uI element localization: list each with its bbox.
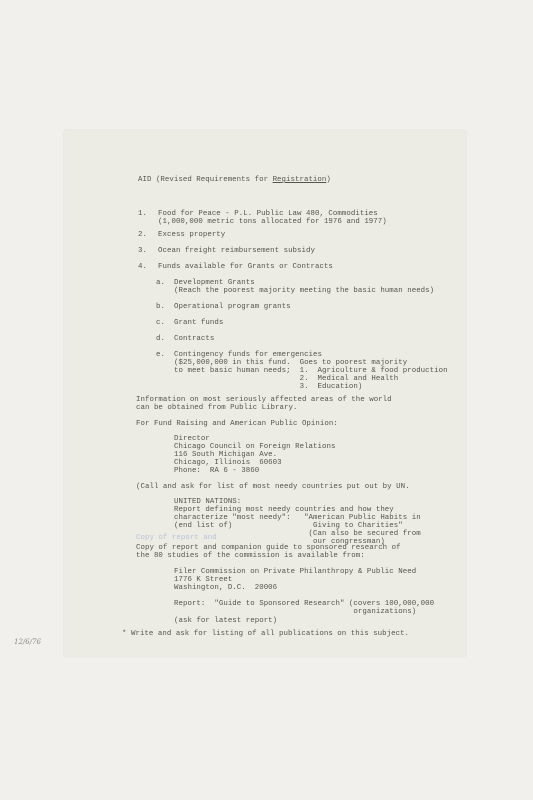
contact-line-5: Phone: RA 6 - 3860 (174, 467, 259, 476)
subitem-b-text: Operational program grants (174, 303, 291, 312)
item-2-text: Excess property (158, 231, 225, 240)
report-note: (ask for latest report) (174, 617, 277, 626)
call-note: (Call and ask for list of most needy cou… (136, 483, 410, 492)
filer-line-3: Washington, D.C. 20006 (174, 584, 277, 593)
subitem-b-letter: b. (156, 303, 165, 312)
copy-line-2: the 80 studies of the commission is avai… (136, 552, 365, 561)
item-1-number: 1. (138, 210, 147, 219)
item-4-number: 4. (138, 263, 147, 272)
subitem-e-text5: 3. Education) (174, 383, 362, 392)
subitem-c-text: Grant funds (174, 319, 223, 328)
info-line-2: can be obtained from Public Library. (136, 404, 297, 413)
item-4-text: Funds available for Grants or Contracts (158, 263, 333, 272)
item-2-number: 2. (138, 231, 147, 240)
subitem-c-letter: c. (156, 319, 165, 328)
handwritten-date: 12/6/76 (14, 638, 41, 646)
subitem-d-text: Contracts (174, 335, 214, 344)
document-page: AID (Revised Requirements for Registrati… (64, 130, 466, 656)
title-suffix: ) (326, 176, 331, 184)
title-underlined: Registration (273, 176, 327, 184)
subitem-e-letter: e. (156, 351, 165, 360)
subitem-a-text2: (Reach the poorest majority meeting the … (174, 287, 434, 296)
final-line: * Write and ask for listing of all publi… (122, 630, 409, 639)
fund-raising-heading: For Fund Raising and American Public Opi… (136, 420, 338, 429)
item-3-number: 3. (138, 247, 147, 256)
document-title: AID (Revised Requirements for Registrati… (138, 176, 331, 185)
subitem-a-letter: a. (156, 279, 165, 288)
faint-note: Copy of report and (136, 534, 217, 543)
report-line-2: organizations) (174, 608, 416, 617)
item-3-text: Ocean freight reimbursement subsidy (158, 247, 315, 256)
subitem-d-letter: d. (156, 335, 165, 344)
title-text: AID (Revised Requirements for (138, 176, 273, 184)
item-1-text2: (1,000,000 metric tons allocated for 197… (158, 218, 387, 227)
